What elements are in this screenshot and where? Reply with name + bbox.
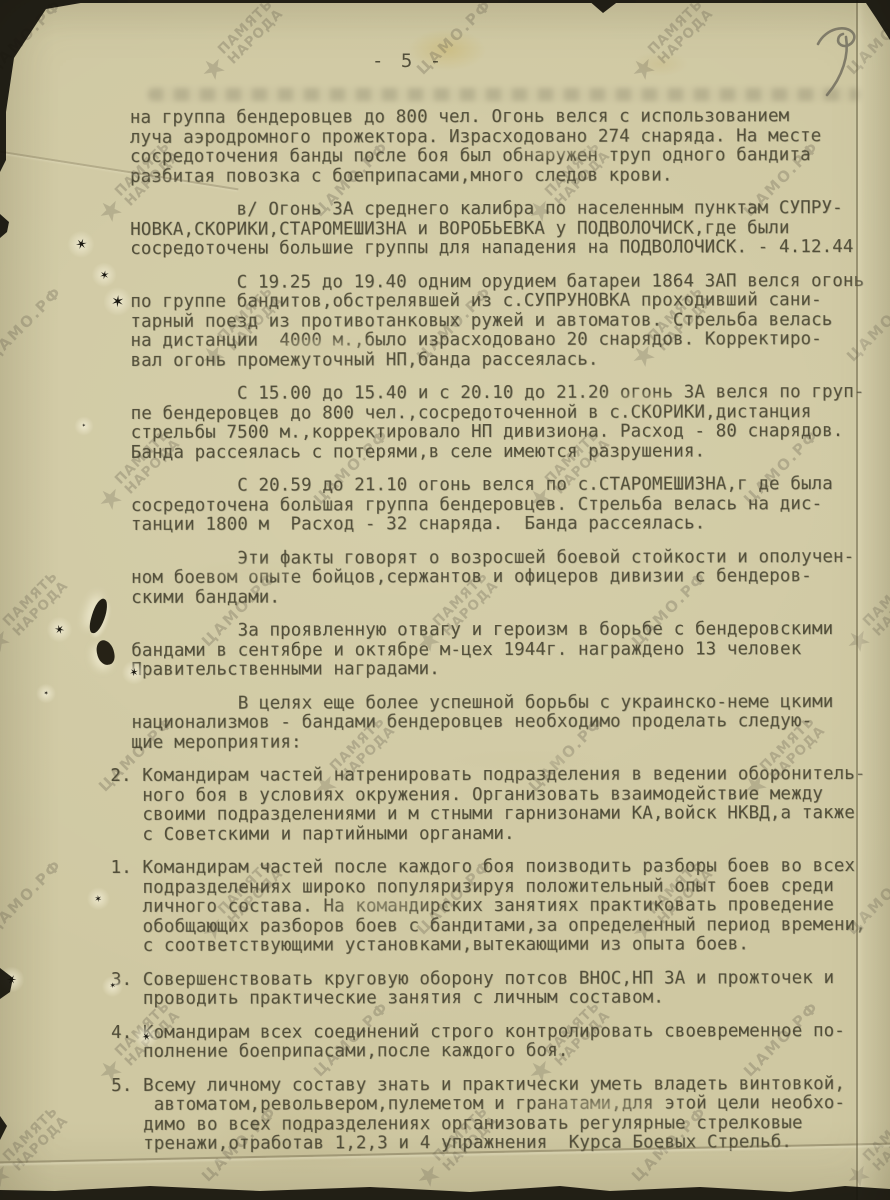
scan-edges [0,0,890,1200]
scanned-document-page: ЦАМО.РФ★ПАМЯТЬНАРОДАЦАМО.РФ★ПАМЯТЬНАРОДА… [0,0,890,1200]
